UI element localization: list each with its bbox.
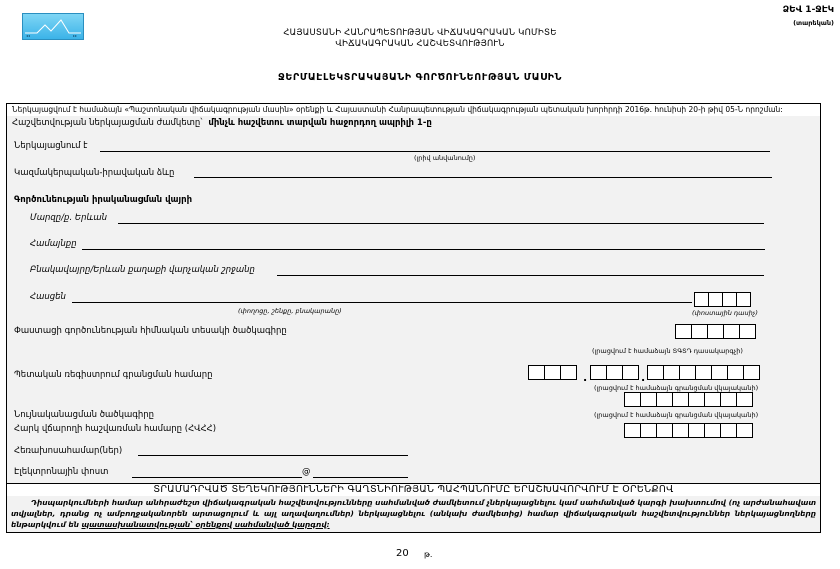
tax-id-box[interactable] bbox=[736, 423, 753, 438]
email-label: Էլեկտրոնային փոստ bbox=[14, 467, 108, 477]
id-code-box[interactable] bbox=[672, 392, 689, 407]
email-domain-input[interactable] bbox=[313, 477, 408, 478]
state-reg-label: Պետական ռեգիստրում գրանցման համարը bbox=[14, 370, 213, 380]
confidentiality-banner: ՏՐԱՄԱԴՐՎԱԾ ՏԵՂԵԿՈՒԹՅՈՒՆՆԵՐԻ ԳԱՂՏՆԻՈՒԹՅԱՆ… bbox=[6, 483, 821, 497]
state-reg-box[interactable] bbox=[711, 365, 728, 380]
id-code-box[interactable] bbox=[640, 392, 657, 407]
state-reg-box[interactable] bbox=[727, 365, 744, 380]
address-hint: (փողոցը, շենքը, բնակարանը) bbox=[238, 307, 342, 315]
email-user-input[interactable] bbox=[132, 477, 302, 478]
id-code-hint: (լրացվում է համաձայն գրանցման վկայականի) bbox=[594, 411, 758, 419]
submitter-input[interactable] bbox=[100, 151, 770, 152]
organization-name: ՀԱՅԱՍՏԱՆԻ ՀԱՆՐԱՊԵՏՈՒԹՅԱՆ ՎԻՃԱԿԱԳՐԱԿԱՆ ԿՈ… bbox=[0, 28, 840, 38]
postal-code-box[interactable] bbox=[722, 292, 737, 307]
id-code-box[interactable] bbox=[720, 392, 737, 407]
legal-basis: Ներկայացվում է համաձայն «Պաշտոնական վիճա… bbox=[6, 103, 821, 117]
activity-code-box[interactable] bbox=[739, 324, 756, 339]
postal-code-boxes[interactable] bbox=[694, 292, 751, 307]
tax-id-label: Հարկ վճարողի հաշվառման համարը (ՀՎՀՀ) bbox=[14, 424, 216, 434]
state-reg-boxes-part2[interactable] bbox=[590, 365, 639, 380]
settlement-input[interactable] bbox=[277, 275, 764, 276]
activity-code-label: Փաստացի գործունեության հիմնական տեսակի ծ… bbox=[14, 326, 287, 336]
region-input[interactable] bbox=[118, 223, 764, 224]
state-reg-box[interactable] bbox=[606, 365, 623, 380]
deadline-value: մինչև հաշվետու տարվան հաջորդող ապրիլի 1-… bbox=[208, 118, 431, 128]
form-title: ՋԵՐՄԱԷԼԵԿՏՐԱԿԱՅԱՆԻ ԳՈՐԾՈՒՆԵՈՒԹՅԱՆ ՄԱՍԻՆ bbox=[0, 72, 840, 83]
form-period: (տարեկան) bbox=[793, 19, 834, 27]
state-reg-box[interactable] bbox=[622, 365, 639, 380]
community-label: Համայնքը bbox=[30, 239, 77, 249]
tax-id-boxes[interactable] bbox=[624, 423, 753, 438]
email-at-sign: @ bbox=[302, 467, 311, 477]
activity-code-box[interactable] bbox=[723, 324, 740, 339]
state-reg-boxes-part1[interactable] bbox=[528, 365, 577, 380]
settlement-label: Բնակավայրը/Երևան քաղաքի վարչական շրջանը bbox=[30, 265, 255, 275]
legal-form-input[interactable] bbox=[194, 177, 772, 178]
address-input[interactable] bbox=[72, 302, 692, 303]
phone-label: Հեռախոսահամար(ներ) bbox=[14, 446, 122, 456]
legal-form-label: Կազմակերպական-իրավական ձևը bbox=[14, 168, 174, 178]
phone-input[interactable] bbox=[138, 455, 408, 456]
activity-code-box[interactable] bbox=[691, 324, 708, 339]
state-reg-box[interactable] bbox=[528, 365, 545, 380]
id-code-label: Նույնականացման ծածկագիրը bbox=[14, 410, 154, 420]
location-heading: Գործունեության իրականացման վայրի bbox=[14, 195, 192, 205]
postal-code-hint: (փոստային դասիչ) bbox=[692, 309, 758, 317]
activity-code-hint: (լրացվում է համաձայն ՏԳՏԴ դասակարգչի) bbox=[592, 347, 743, 355]
postal-code-box[interactable] bbox=[694, 292, 709, 307]
id-code-box[interactable] bbox=[736, 392, 753, 407]
region-label: Մարզը/ք. Երևան bbox=[30, 213, 107, 223]
tax-id-box[interactable] bbox=[640, 423, 657, 438]
liability-notice: Դիսպարկումների համար անհրաժեշտ վիճակագրա… bbox=[6, 496, 821, 533]
state-reg-box[interactable] bbox=[743, 365, 760, 380]
separator-dot: . bbox=[583, 371, 587, 384]
tax-id-box[interactable] bbox=[672, 423, 689, 438]
form-code: ՁԵՎ 1-ՋԷԿ bbox=[783, 5, 834, 15]
id-code-box[interactable] bbox=[704, 392, 721, 407]
submitter-hint: (լրիվ անվանումը) bbox=[414, 154, 475, 162]
community-input[interactable] bbox=[82, 249, 765, 250]
id-code-box[interactable] bbox=[624, 392, 641, 407]
deadline-label: Հաշվետվության ներկայացման ժամկետը՝ bbox=[12, 118, 202, 128]
id-code-boxes[interactable] bbox=[624, 392, 753, 407]
tax-id-box[interactable] bbox=[704, 423, 721, 438]
id-code-box[interactable] bbox=[656, 392, 673, 407]
state-reg-box[interactable] bbox=[590, 365, 607, 380]
state-reg-box[interactable] bbox=[544, 365, 561, 380]
state-reg-box[interactable] bbox=[663, 365, 680, 380]
state-reg-box[interactable] bbox=[560, 365, 577, 380]
state-reg-box[interactable] bbox=[695, 365, 712, 380]
notice-tail: պատասխանատվության՝ օրենքով սահմանված կար… bbox=[81, 520, 329, 529]
activity-code-boxes[interactable] bbox=[675, 324, 756, 339]
postal-code-box[interactable] bbox=[736, 292, 751, 307]
year-suffix: թ. bbox=[424, 550, 432, 559]
activity-code-box[interactable] bbox=[707, 324, 724, 339]
state-reg-box[interactable] bbox=[647, 365, 664, 380]
state-reg-box[interactable] bbox=[679, 365, 696, 380]
tax-id-box[interactable] bbox=[624, 423, 641, 438]
tax-id-box[interactable] bbox=[720, 423, 737, 438]
submitter-label: Ներկայացնում է bbox=[14, 141, 88, 151]
activity-code-box[interactable] bbox=[675, 324, 692, 339]
postal-code-box[interactable] bbox=[708, 292, 723, 307]
id-code-box[interactable] bbox=[688, 392, 705, 407]
state-reg-boxes-part3[interactable] bbox=[647, 365, 760, 380]
report-type: ՎԻՃԱԿԱԳՐԱԿԱՆ ՀԱՇՎԵՏՎՈՒԹՅՈՒՆ bbox=[0, 39, 840, 49]
state-reg-hint: (լրացվում է համաձայն գրանցման վկայականի) bbox=[594, 384, 758, 392]
separator-dot: . bbox=[641, 371, 645, 384]
tax-id-box[interactable] bbox=[656, 423, 673, 438]
year-prefix: 20 bbox=[396, 548, 409, 559]
tax-id-box[interactable] bbox=[688, 423, 705, 438]
address-label: Հասցեն bbox=[30, 292, 66, 302]
